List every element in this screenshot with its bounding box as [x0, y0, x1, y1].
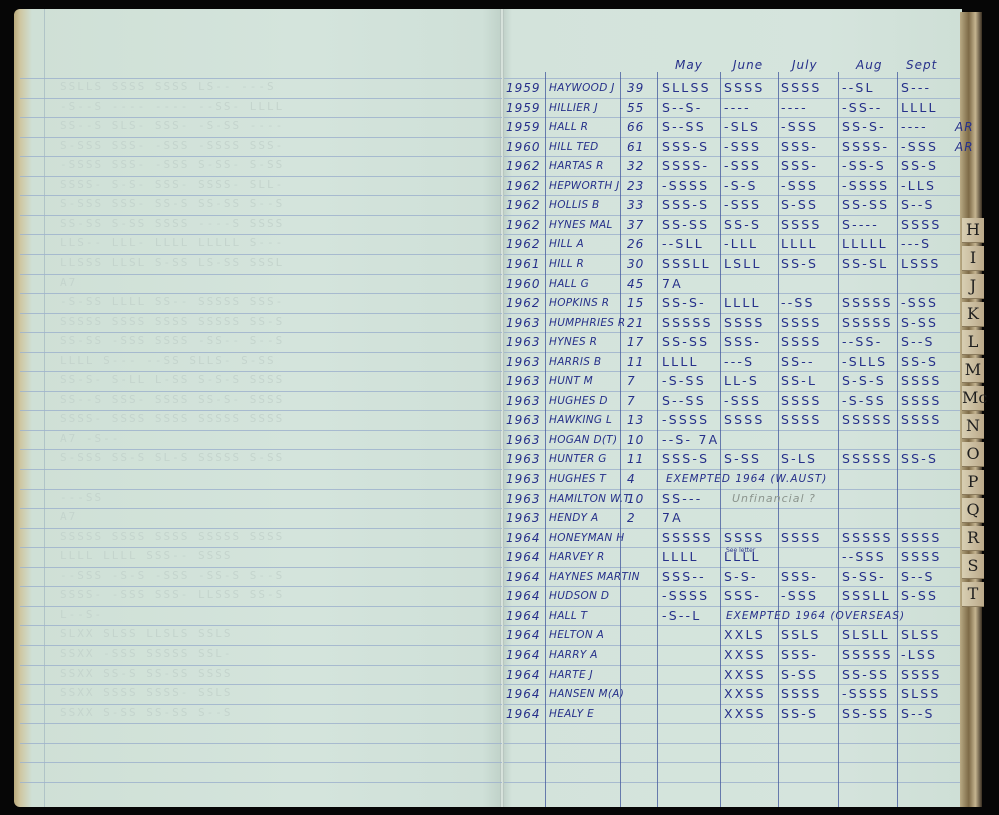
cell-num: 10 — [627, 491, 644, 507]
cell-sept: S--- — [901, 80, 931, 96]
cell-sept: SS-S — [901, 354, 938, 370]
cell-name: Hunter G — [549, 451, 607, 467]
cell-july: SS-L — [781, 373, 817, 389]
ruled-line — [504, 274, 960, 275]
book-gutter — [500, 9, 504, 807]
cell-july: SSS- — [781, 647, 818, 663]
bleed-through-text: A7 — [60, 510, 77, 523]
ruled-line — [504, 352, 960, 353]
cell-june: -SSS — [724, 158, 761, 174]
row-note: EXEMPTED 1964 (W.AUST) — [666, 471, 827, 487]
cell-may: -SSSS — [662, 588, 709, 604]
cell-june: S-SS — [724, 451, 761, 467]
cell-sept: -SSS — [901, 295, 938, 311]
bleed-through-text: L--S- — [60, 608, 103, 621]
cell-name: Hughes D — [549, 393, 608, 409]
cell-june: XXSS — [724, 667, 766, 683]
cell-year: 1962 — [506, 178, 541, 194]
bleed-through-text: SS--S SLS- SSS- -S-SS ---- — [60, 119, 284, 132]
row-note: EXEMPTED 1964 (OVERSEAS) — [726, 608, 905, 624]
cell-sept: SSSS — [901, 373, 942, 389]
cell-may: S--SS — [662, 393, 706, 409]
cell-num: 10 — [627, 432, 644, 448]
cell-name: Harry A — [549, 647, 598, 663]
ruled-line — [20, 215, 502, 216]
cell-july: SSSS — [781, 80, 822, 96]
cell-name: Haywood J — [549, 80, 615, 96]
ruled-line — [504, 469, 960, 470]
index-tab-n[interactable]: N — [962, 414, 984, 439]
cell-name: Hill Ted — [549, 139, 599, 155]
cell-july: SSLS — [781, 627, 821, 643]
cell-june: XXLS — [724, 627, 765, 643]
cell-july: LLLL — [781, 236, 818, 252]
cell-may: 7A — [662, 510, 683, 526]
left-page-margin — [20, 9, 45, 807]
cell-july: -SSS — [781, 588, 818, 604]
cell-june: LSLL — [724, 256, 762, 272]
cell-name: Hill A — [549, 236, 584, 252]
cell-num: 7 — [627, 393, 636, 409]
cell-sept: SSSS — [901, 667, 942, 683]
cell-year: 1964 — [506, 588, 541, 604]
ruled-line — [504, 371, 960, 372]
bleed-through-text: SSXX SSSS SSSS- SSLS — [60, 686, 232, 699]
cell-july: -SSS — [781, 178, 818, 194]
cell-num: 15 — [627, 295, 644, 311]
cell-aug: SS-SS — [842, 667, 889, 683]
cell-sept: S-SS — [901, 315, 938, 331]
cell-name: Hynes R — [549, 334, 597, 350]
cell-aug: -SS-- — [842, 100, 882, 116]
ruled-line — [20, 156, 502, 157]
cell-sept: -LLS — [901, 178, 936, 194]
cell-name: Hendy A — [549, 510, 599, 526]
ruled-line — [20, 547, 502, 548]
ruled-line — [504, 234, 960, 235]
ruled-line — [504, 528, 960, 529]
cell-sept: S--S — [901, 569, 935, 585]
cell-june: LLLL — [724, 295, 761, 311]
cell-aug: SSSSS — [842, 647, 893, 663]
cell-name: Humphries R — [549, 315, 626, 331]
cell-year: 1963 — [506, 315, 541, 331]
cell-year: 1964 — [506, 569, 541, 585]
cell-aug: --SS- — [842, 334, 882, 350]
bleed-through-text: SS-SS -SSS SSSS -SS-- S--S — [60, 334, 284, 347]
cell-june: -LLL — [724, 236, 758, 252]
header-may: May — [675, 58, 703, 72]
bleed-through-text: LLLL LLLL SSS-- SSSS — [60, 549, 232, 562]
cell-june: SSS- — [724, 588, 761, 604]
cell-july: SSS- — [781, 139, 818, 155]
ruled-line — [20, 684, 502, 685]
cell-aug: SS-SS — [842, 706, 889, 722]
index-tab-p[interactable]: P — [962, 470, 984, 495]
cell-aug: -SLLS — [842, 354, 887, 370]
cell-num: 23 — [627, 178, 644, 194]
column-rule-june — [778, 72, 779, 807]
cell-june: LL-S — [724, 373, 759, 389]
bleed-through-text: LLLL S--- --SS SLLS- S-SS — [60, 354, 276, 367]
ruled-line — [20, 665, 502, 666]
ruled-line — [504, 332, 960, 333]
cell-aug: SSSS- — [842, 139, 889, 155]
index-tab-r[interactable]: R — [962, 526, 984, 551]
ruled-line — [504, 410, 960, 411]
cell-july: SSS- — [781, 158, 818, 174]
header-july: July — [792, 58, 818, 72]
cell-year: 1963 — [506, 393, 541, 409]
bleed-through-text: S-SSS SSS- -SSS -SSSS SSS- — [60, 139, 284, 152]
cell-sept: SS-S — [901, 158, 938, 174]
cell-num: 7 — [627, 373, 636, 389]
cell-year: 1959 — [506, 119, 541, 135]
cell-sept: SSSS — [901, 393, 942, 409]
ruled-line — [20, 313, 502, 314]
ruled-line — [504, 723, 960, 724]
bleed-through-text: -S-SS LLLL SS-- SSSSS SSS- — [60, 295, 284, 308]
ruled-line — [20, 371, 502, 372]
cell-num: 33 — [627, 197, 644, 213]
cell-aug: SS-S- — [842, 119, 886, 135]
cell-year: 1959 — [506, 80, 541, 96]
index-tab-q[interactable]: Q — [962, 498, 984, 523]
bleed-through-text: SS--S SSS- SSSS SS-S- SSSS — [60, 393, 284, 406]
ruled-line — [20, 704, 502, 705]
cell-july: S-SS — [781, 197, 818, 213]
bleed-through-text: SSSS- -SSS SSS- LLSSS SS-S — [60, 588, 284, 601]
cell-july: SS-S — [781, 706, 818, 722]
cell-june: -S-S — [724, 178, 758, 194]
cell-june: -SSS — [724, 197, 761, 213]
cell-num: 17 — [627, 334, 644, 350]
ruled-line — [20, 508, 502, 509]
cell-june: XXSS — [724, 706, 766, 722]
cell-aug: SLSLL — [842, 627, 890, 643]
column-rule-year — [545, 72, 546, 807]
cell-sept: S--S — [901, 706, 935, 722]
cell-july: SS-S — [781, 256, 818, 272]
cell-may: SSS-S — [662, 451, 709, 467]
ruled-line — [504, 684, 960, 685]
cell-may: SSS-- — [662, 569, 706, 585]
cell-num: 4 — [627, 471, 636, 487]
bleed-through-text: LLS-- LLL- LLLL LLLLL S--- — [60, 236, 284, 249]
cell-num: 37 — [627, 217, 644, 233]
ruled-line — [20, 449, 502, 450]
ruled-line — [504, 215, 960, 216]
cell-name: Hawking L — [549, 412, 612, 428]
cell-june: -SLS — [724, 119, 760, 135]
index-tab-j[interactable]: J — [962, 274, 984, 299]
cell-aug: SS-SS — [842, 197, 889, 213]
cell-name: Hopkins R — [549, 295, 609, 311]
ruled-line — [20, 234, 502, 235]
bleed-through-text: SS-SS S-SS SSSS ----S SSSS — [60, 217, 284, 230]
cell-year: 1963 — [506, 373, 541, 389]
cell-name: Hall G — [549, 276, 589, 292]
cell-name: Harte J — [549, 667, 593, 683]
cell-year: 1964 — [506, 706, 541, 722]
cell-sept: S-SS — [901, 588, 938, 604]
ruled-line — [20, 743, 502, 744]
cell-year: 1962 — [506, 197, 541, 213]
ruled-line — [20, 274, 502, 275]
ruled-line — [504, 254, 960, 255]
cell-num: 32 — [627, 158, 644, 174]
cell-name: Harvey R — [549, 549, 605, 565]
ruled-line — [20, 567, 502, 568]
ruled-line — [504, 430, 960, 431]
cell-aug: S---- — [842, 217, 879, 233]
header-aug: Aug — [856, 58, 882, 72]
cell-sept: ---- — [901, 119, 928, 135]
cell-name: Harris B — [549, 354, 601, 370]
cell-year: 1959 — [506, 100, 541, 116]
cell-year: 1960 — [506, 276, 541, 292]
cell-year: 1960 — [506, 139, 541, 155]
cell-sept: SSSS — [901, 549, 942, 565]
cell-num: 30 — [627, 256, 644, 272]
bleed-through-text: SSXX -SSS SSSSS SSL- — [60, 647, 232, 660]
cell-num: 26 — [627, 236, 644, 252]
ruled-line — [20, 625, 502, 626]
ruled-line — [20, 723, 502, 724]
cell-sept: LLLL — [901, 100, 938, 116]
bleed-through-text: SSSSS SSSS SSSS SSSSS SS-S — [60, 315, 284, 328]
cell-july: SSSS — [781, 393, 822, 409]
bleed-through-text: ---SS — [60, 491, 103, 504]
cell-num: 39 — [627, 80, 644, 96]
cell-july: SSS- — [781, 569, 818, 585]
cell-june: -SSS — [724, 393, 761, 409]
ruled-line — [504, 98, 960, 99]
index-tab-s[interactable]: S — [962, 554, 984, 579]
cell-may: -SSSS — [662, 412, 709, 428]
cell-may: --S- 7A — [662, 432, 719, 448]
bleed-through-text: SSSSS SSSS SSSS SSSSS SSSS — [60, 530, 284, 543]
cell-sept: S--S — [901, 197, 935, 213]
cell-june: -SSS — [724, 139, 761, 155]
cell-num: 66 — [627, 119, 644, 135]
cell-may: SS--- — [662, 491, 702, 507]
cell-num: 45 — [627, 276, 644, 292]
ruled-line — [20, 410, 502, 411]
cell-june: SS-S — [724, 217, 761, 233]
ruled-line — [504, 762, 960, 763]
cell-may: SS-SS — [662, 217, 709, 233]
cell-year: 1964 — [506, 667, 541, 683]
ruled-line — [504, 586, 960, 587]
index-tab-o[interactable]: O — [962, 442, 984, 467]
ruled-line — [504, 449, 960, 450]
ruled-line — [504, 665, 960, 666]
cell-num: 55 — [627, 100, 644, 116]
bleed-through-text: A7 — [60, 276, 77, 289]
cell-name: Hepworth J — [549, 178, 620, 194]
ruled-line — [20, 137, 502, 138]
ruled-line — [20, 117, 502, 118]
cell-sept: SSSS — [901, 412, 942, 428]
cell-aug: -SS-S — [842, 158, 886, 174]
ruled-line — [504, 313, 960, 314]
cell-june: SSSS — [724, 412, 765, 428]
header-june: June — [733, 58, 763, 72]
cell-may: LLLL — [662, 354, 699, 370]
cell-aug: SS-SL — [842, 256, 888, 272]
cell-year: 1962 — [506, 158, 541, 174]
row-note: AR — [955, 119, 974, 135]
cell-name: Hall R — [549, 119, 588, 135]
cell-aug: --SSS — [842, 549, 886, 565]
ruled-line — [20, 762, 502, 763]
cell-may: S--SS — [662, 119, 706, 135]
cell-may: -SSSS — [662, 178, 709, 194]
cell-june: SSSS — [724, 315, 765, 331]
bleed-through-text: SSXX SS-S SS-SS SSSS — [60, 667, 232, 680]
cell-june: XXSS — [724, 686, 766, 702]
cell-sept: SLSS — [901, 627, 941, 643]
cell-june: ---S — [724, 354, 754, 370]
column-rule-aug — [897, 72, 898, 807]
cell-year: 1962 — [506, 217, 541, 233]
index-tab-l[interactable]: L — [962, 330, 984, 355]
cell-may: SSSSS — [662, 530, 713, 546]
cell-may: LLLL — [662, 549, 699, 565]
cell-year: 1964 — [506, 608, 541, 624]
ruled-line — [504, 782, 960, 783]
cell-aug: SSSSS — [842, 315, 893, 331]
cell-july: ---- — [781, 100, 808, 116]
bleed-through-text: -S--S ---- ---- --SS- LLLL — [60, 100, 284, 113]
ruled-line — [20, 352, 502, 353]
bleed-through-text: SLXX SLSS LLSLS SSLS — [60, 627, 232, 640]
index-tab-t[interactable]: T — [962, 582, 984, 607]
cell-year: 1964 — [506, 627, 541, 643]
bleed-through-text: SSXX S-SS SS-SS S--S — [60, 706, 232, 719]
index-tab-mc[interactable]: Mc — [962, 386, 984, 411]
ruled-line — [504, 743, 960, 744]
ruled-line — [20, 78, 502, 79]
cell-aug: SSSSS — [842, 295, 893, 311]
cell-aug: -S-SS — [842, 393, 886, 409]
cell-aug: SSSLL — [842, 588, 891, 604]
ruled-line — [504, 195, 960, 196]
ruled-line — [504, 489, 960, 490]
cell-july: SSSS — [781, 315, 822, 331]
cell-name: Hartas R — [549, 158, 604, 174]
ruled-line — [20, 489, 502, 490]
header-sept: Sept — [906, 58, 937, 72]
cell-sept: -SSS — [901, 139, 938, 155]
cell-sept: SLSS — [901, 686, 941, 702]
cell-year: 1963 — [506, 491, 541, 507]
cell-name: Hogan D(T) — [549, 432, 617, 448]
cell-aug: LLLLL — [842, 236, 888, 252]
cell-name: Hill R — [549, 256, 584, 272]
ruled-line — [20, 469, 502, 470]
cell-july: SSSS — [781, 334, 822, 350]
cell-year: 1963 — [506, 334, 541, 350]
cell-aug: S-SS- — [842, 569, 886, 585]
cell-may: -S--L — [662, 608, 701, 624]
cell-name: Hynes Mal — [549, 217, 613, 233]
index-tab-m[interactable]: M — [962, 358, 984, 383]
ruled-line — [20, 332, 502, 333]
row-note: AR — [955, 139, 974, 155]
ruled-line — [504, 567, 960, 568]
cell-sept: SS-S — [901, 451, 938, 467]
cell-july: S-SS — [781, 667, 818, 683]
ruled-line — [504, 606, 960, 607]
cell-name: Hughes T — [549, 471, 606, 487]
cell-july: SSSS — [781, 412, 822, 428]
ruled-line — [20, 391, 502, 392]
cell-aug: S-S-S — [842, 373, 886, 389]
cell-may: SSSLL — [662, 256, 711, 272]
cell-year: 1963 — [506, 354, 541, 370]
cell-num: 11 — [627, 354, 644, 370]
bleed-through-text: SSSS- SSSS SSSS SSSSS SSSS — [60, 412, 284, 425]
cell-year: 1964 — [506, 647, 541, 663]
ruled-line — [504, 704, 960, 705]
ruled-line — [504, 137, 960, 138]
ruled-line — [504, 645, 960, 646]
ruled-line — [504, 508, 960, 509]
ruled-line — [20, 606, 502, 607]
cell-name: Hillier J — [549, 100, 598, 116]
cell-aug: SSSSS — [842, 412, 893, 428]
index-tab-i[interactable]: I — [962, 246, 984, 271]
cell-may: 7A — [662, 276, 683, 292]
ruled-line — [504, 391, 960, 392]
cell-year: 1962 — [506, 295, 541, 311]
index-tab-k[interactable]: K — [962, 302, 984, 327]
ruled-line — [20, 782, 502, 783]
cell-aug: --SL — [842, 80, 875, 96]
cell-sept: ---S — [901, 236, 931, 252]
cell-year: 1964 — [506, 530, 541, 546]
cell-june: XXSS — [724, 647, 766, 663]
cell-name: Hansen M(A) — [549, 686, 624, 702]
ruled-line — [504, 117, 960, 118]
ruled-line — [20, 293, 502, 294]
cell-year: 1962 — [506, 236, 541, 252]
bleed-through-text: SSLLS SSSS SSSS LS-- ---S — [60, 80, 276, 93]
cell-july: SS-- — [781, 354, 815, 370]
cell-name: Hamilton W.T. — [549, 491, 633, 507]
cell-sept: LSSS — [901, 256, 941, 272]
cell-may: SS-SS — [662, 334, 709, 350]
cell-may: SSSS- — [662, 158, 709, 174]
row-note: See letter — [726, 543, 755, 559]
cell-name: Helton A — [549, 627, 604, 643]
ruled-line — [20, 195, 502, 196]
cell-name: Hunt M — [549, 373, 593, 389]
cell-year: 1963 — [506, 510, 541, 526]
open-register-book: SSLLS SSSS SSSS LS-- ---S-S--S ---- ----… — [0, 0, 999, 815]
cell-year: 1961 — [506, 256, 541, 272]
cell-sept: SSSS — [901, 530, 942, 546]
ruled-line — [504, 176, 960, 177]
index-tab-h[interactable]: H — [962, 218, 984, 243]
ruled-line — [504, 78, 960, 79]
bleed-through-text: SS-S- S-LL L-SS S-S-S SSSS — [60, 373, 284, 386]
cell-may: SSSSS — [662, 315, 713, 331]
cell-aug: -SSSS — [842, 686, 889, 702]
bleed-through-text: LLSSS LLSL S-SS LS-SS SSSL — [60, 256, 284, 269]
